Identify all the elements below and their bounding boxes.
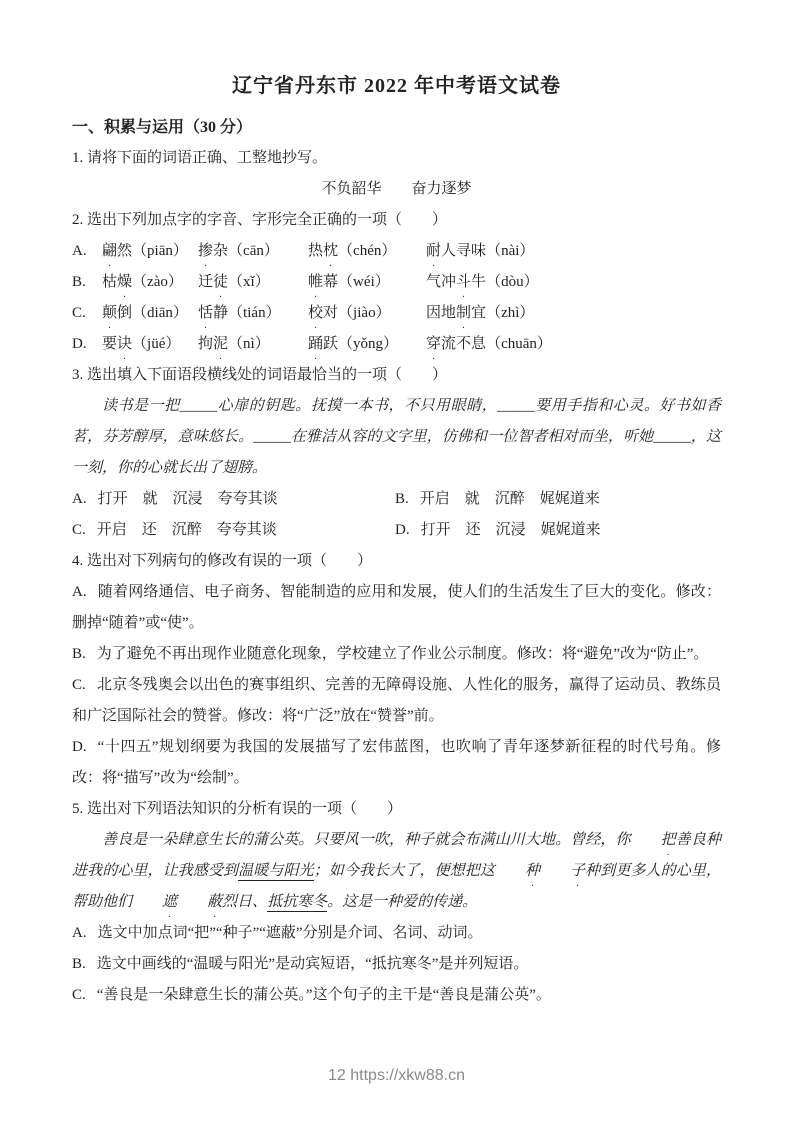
option-text: “十四五”规划纲要为我国的发展描写了宏伟蓝图，也吹响了青年逐梦新征程的时代号角。… xyxy=(72,739,721,786)
q2-term: 热枕（chén） xyxy=(308,236,426,267)
option-text: 北京冬残奥会以出色的赛事组织、完善的无障碍设施、人性化的服务，赢得了运动员、教练… xyxy=(72,677,721,724)
q2-options: A.翩然（piān）掺杂（cān）热枕（chén）耐人寻味（nài）B.枯燥（z… xyxy=(72,236,721,360)
q2-option-row-B: B.枯燥（zào）迁徒（xǐ）帷幕（wéi）气冲斗牛（dòu） xyxy=(72,267,721,298)
option-text: 打开 就 沉浸 夸夸其谈 xyxy=(98,491,278,507)
q2-term: 要诀（jüé） xyxy=(102,329,198,360)
q4-option-B: B.为了避免不再出现作业随意化现象，学校建立了作业公示制度。修改：将“避免”改为… xyxy=(72,639,721,670)
option-label: B. xyxy=(72,646,97,662)
q3-options: A.打开 就 沉浸 夸夸其谈B.开启 就 沉醉 娓娓道来C.开启 还 沉醉 夸夸… xyxy=(72,484,721,546)
option-label: D. xyxy=(72,739,98,755)
option-text: 开启 就 沉醉 娓娓道来 xyxy=(420,491,600,507)
option-label: A. xyxy=(72,925,98,941)
option-label: B. xyxy=(72,267,102,298)
dotted-char: 踊 xyxy=(308,329,323,360)
q3-stem: 3. 选出填入下面语段横线处的词语最恰当的一项（ ） xyxy=(72,360,721,391)
q5-option-C: C.“善良是一朵肆意生长的蒲公英。”这个句子的主干是“善良是蒲公英”。 xyxy=(72,980,721,1011)
q4-option-C: C.北京冬残奥会以出色的赛事组织、完善的无障碍设施、人性化的服务，赢得了运动员、… xyxy=(72,670,721,732)
q2-term: 枯燥（zào） xyxy=(102,267,198,298)
q2-term: 颠倒（diān） xyxy=(102,298,198,329)
q3-option-A: A.打开 就 沉浸 夸夸其谈 xyxy=(72,484,395,515)
dotted-char: 徒 xyxy=(213,267,228,298)
dotted-char: 把 xyxy=(631,825,676,856)
dotted-char: 种 xyxy=(495,856,540,887)
q2-term: 穿流不息（chuān） xyxy=(426,329,721,360)
option-label: C. xyxy=(72,522,97,538)
q5-options: A.选文中加点词“把”“种子”“遮蔽”分别是介词、名词、动词。B.选文中画线的“… xyxy=(72,918,721,1011)
option-text: 打开 还 沉浸 娓娓道来 xyxy=(421,522,601,538)
q2-term: 气冲斗牛（dòu） xyxy=(426,267,721,298)
q4-options: A.随着网络通信、电子商务、智能制造的应用和发展，使人们的生活发生了巨大的变化。… xyxy=(72,577,721,794)
option-label: B. xyxy=(72,956,97,972)
option-text: 开启 还 沉醉 夸夸其谈 xyxy=(97,522,277,538)
dotted-char: 耐 xyxy=(426,236,441,267)
q5-option-B: B.选文中画线的“温暖与阳光”是动宾短语，“抵抗寒冬”是并列短语。 xyxy=(72,949,721,980)
dotted-char: 子 xyxy=(540,856,585,887)
dotted-char: 燥 xyxy=(117,267,132,298)
underlined-phrase: 抵抗寒冬 xyxy=(267,894,327,912)
q3-option-D: D.打开 还 沉浸 娓娓道来 xyxy=(395,515,601,546)
q2-term: 拘泥（nì） xyxy=(198,329,308,360)
q2-term: 迁徒（xǐ） xyxy=(198,267,308,298)
q2-term: 因地制宜（zhì） xyxy=(426,298,721,329)
q2-term: 恬静（tián） xyxy=(198,298,308,329)
q2-option-row-C: C.颠倒（diān）恬静（tián）校对（jiào）因地制宜（zhì） xyxy=(72,298,721,329)
option-label: D. xyxy=(395,522,421,538)
q2-term: 翩然（piān） xyxy=(102,236,198,267)
dotted-char: 斗 xyxy=(456,267,471,298)
option-label: D. xyxy=(72,329,102,360)
option-label: C. xyxy=(72,298,102,329)
dotted-char: 恬 xyxy=(198,298,213,329)
q1-stem: 1. 请将下面的词语正确、工整地抄写。 xyxy=(72,143,721,174)
q3-passage: 读书是一把_____心扉的钥匙。抚摸一本书，不只用眼睛，_____要用手指和心灵… xyxy=(72,391,721,484)
q2-option-row-A: A.翩然（piān）掺杂（cān）热枕（chén）耐人寻味（nài） xyxy=(72,236,721,267)
option-label: C. xyxy=(72,987,97,1003)
q2-term: 校对（jiào） xyxy=(308,298,426,329)
q2-term: 帷幕（wéi） xyxy=(308,267,426,298)
dotted-char: 遮 xyxy=(132,887,177,918)
dotted-char: 帷 xyxy=(308,267,323,298)
dotted-char: 穿 xyxy=(426,329,441,360)
option-label: C. xyxy=(72,677,97,693)
q2-term: 掺杂（cān） xyxy=(198,236,308,267)
page-title: 辽宁省丹东市 2022 年中考语文试卷 xyxy=(72,72,721,100)
option-label: A. xyxy=(72,236,102,267)
q3-option-row: C.开启 还 沉醉 夸夸其谈D.打开 还 沉浸 娓娓道来 xyxy=(72,515,721,546)
dotted-char: 颠 xyxy=(102,298,117,329)
dotted-char: 制 xyxy=(456,298,471,329)
q3-option-row: A.打开 就 沉浸 夸夸其谈B.开启 就 沉醉 娓娓道来 xyxy=(72,484,721,515)
dotted-char: 诀 xyxy=(117,329,132,360)
option-text: 选文中加点词“把”“种子”“遮蔽”分别是介词、名词、动词。 xyxy=(98,925,483,941)
q3-option-B: B.开启 就 沉醉 娓娓道来 xyxy=(395,484,600,515)
dotted-char: 翩 xyxy=(102,236,117,267)
q4-option-D: D.“十四五”规划纲要为我国的发展描写了宏伟蓝图，也吹响了青年逐梦新征程的时代号… xyxy=(72,732,721,794)
dotted-char: 泥 xyxy=(213,329,228,360)
q2-option-row-D: D.要诀（jüé）拘泥（nì）踊跃（yǒng）穿流不息（chuān） xyxy=(72,329,721,360)
q5-passage: 善良是一朵肆意生长的蒲公英。只要风一吹，种子就会布满山川大地。曾经，你把善良种进… xyxy=(72,825,721,918)
exam-paper-page: 辽宁省丹东市 2022 年中考语文试卷 一、积累与运用（30 分） 1. 请将下… xyxy=(0,0,793,1122)
option-label: A. xyxy=(72,584,98,600)
dotted-char: 枕 xyxy=(323,236,338,267)
dotted-char: 掺 xyxy=(198,236,213,267)
option-text: 随着网络通信、电子商务、智能制造的应用和发展，使人们的生活发生了巨大的变化。修改… xyxy=(72,584,721,631)
q5-stem: 5. 选出对下列语法知识的分析有误的一项（ ） xyxy=(72,794,721,825)
q4-option-A: A.随着网络通信、电子商务、智能制造的应用和发展，使人们的生活发生了巨大的变化。… xyxy=(72,577,721,639)
option-text: 选文中画线的“温暖与阳光”是动宾短语，“抵抗寒冬”是并列短语。 xyxy=(97,956,529,972)
option-label: A. xyxy=(72,491,98,507)
q4-stem: 4. 选出对下列病句的修改有误的一项（ ） xyxy=(72,546,721,577)
dotted-char: 蔽 xyxy=(177,887,222,918)
option-label: B. xyxy=(395,491,420,507)
page-footer: 12 https://xkw88.cn xyxy=(0,1066,793,1086)
q3-option-C: C.开启 还 沉醉 夸夸其谈 xyxy=(72,515,395,546)
q2-term: 耐人寻味（nài） xyxy=(426,236,721,267)
option-text: 为了避免不再出现作业随意化现象，学校建立了作业公示制度。修改：将“避免”改为“防… xyxy=(97,646,709,662)
section-heading: 一、积累与运用（30 分） xyxy=(72,112,721,143)
option-text: “善良是一朵肆意生长的蒲公英。”这个句子的主干是“善良是蒲公英”。 xyxy=(97,987,551,1003)
q2-term: 踊跃（yǒng） xyxy=(308,329,426,360)
underlined-phrase: 温暖与阳光 xyxy=(238,863,314,881)
q2-stem: 2. 选出下列加点字的字音、字形完全正确的一项（ ） xyxy=(72,205,721,236)
q1-copy-words: 不负韶华 奋力逐梦 xyxy=(72,174,721,205)
dotted-char: 校 xyxy=(308,298,323,329)
